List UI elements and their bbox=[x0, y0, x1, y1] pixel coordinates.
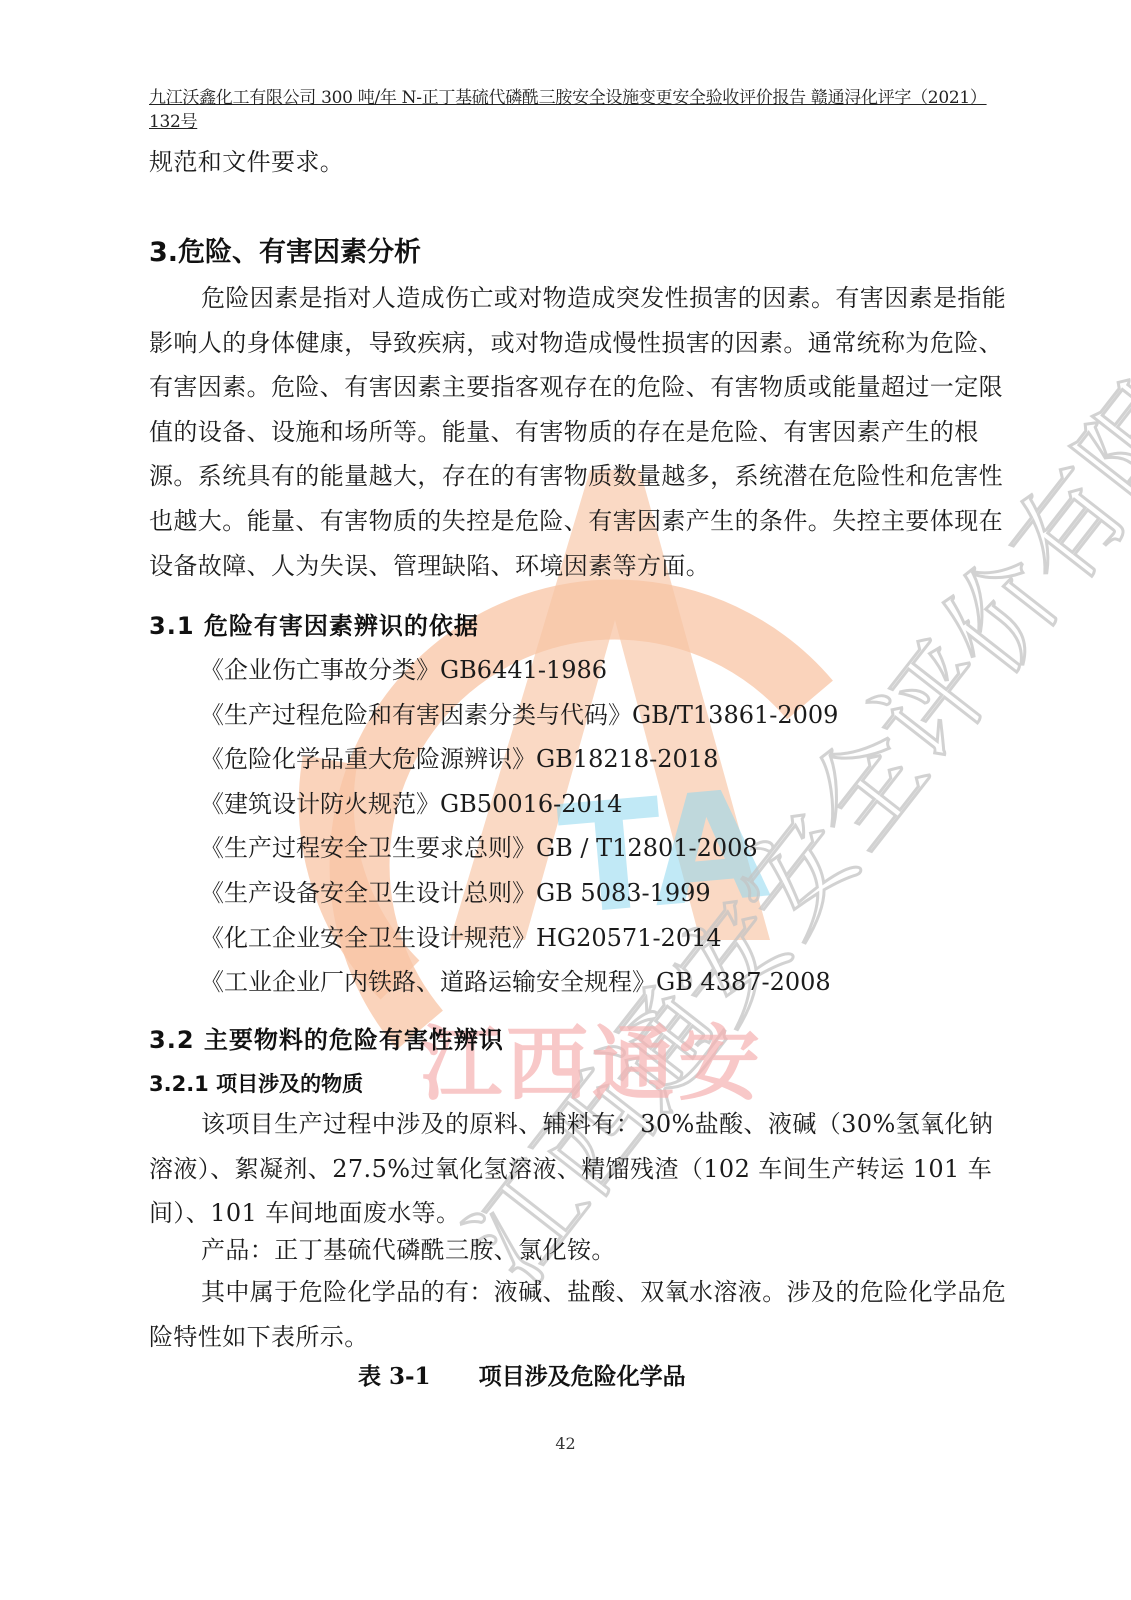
reference-item: 《工业企业厂内铁路、道路运输安全规程》GB 4387-2008 bbox=[200, 960, 838, 1005]
document-page: TA 江西通安安全评价有限公司 江西通安 九江沃鑫化工有限公司 300 吨/年 … bbox=[0, 0, 1131, 1600]
products-paragraph: 产品：正丁基硫代磷酰三胺、氯化铵。 bbox=[149, 1228, 1009, 1273]
reference-item: 《生产过程危险和有害因素分类与代码》GB/T13861-2009 bbox=[200, 693, 838, 738]
section-3-heading: 3.危险、有害因素分析 bbox=[149, 230, 421, 269]
reference-item: 《生产过程安全卫生要求总则》GB / T12801-2008 bbox=[200, 826, 838, 871]
reference-item: 《建筑设计防火规范》GB50016-2014 bbox=[200, 782, 838, 827]
section-3-2-heading: 3.2 主要物料的危险有害性辨识 bbox=[149, 1020, 504, 1055]
reference-item: 《危险化学品重大危险源辨识》GB18218-2018 bbox=[200, 737, 838, 782]
materials-paragraph: 该项目生产过程中涉及的原料、辅料有：30%盐酸、液碱（30%氢氧化钠溶液）、絮凝… bbox=[149, 1102, 1009, 1236]
page-number: 42 bbox=[0, 1434, 1131, 1453]
hazardous-chemicals-paragraph: 其中属于危险化学品的有：液碱、盐酸、双氧水溶液。涉及的危险化学品危险特性如下表所… bbox=[149, 1270, 1009, 1359]
carryover-paragraph: 规范和文件要求。 bbox=[149, 140, 1009, 185]
section-3-paragraph: 危险因素是指对人造成伤亡或对物造成突发性损害的因素。有害因素是指能影响人的身体健… bbox=[149, 276, 1009, 588]
reference-list: 《企业伤亡事故分类》GB6441-1986 《生产过程危险和有害因素分类与代码》… bbox=[200, 648, 838, 1005]
running-header: 九江沃鑫化工有限公司 300 吨/年 N-正丁基硫代磷酰三胺安全设施变更安全验收… bbox=[149, 86, 1009, 134]
section-3-1-heading: 3.1 危险有害因素辨识的依据 bbox=[149, 606, 479, 641]
reference-item: 《企业伤亡事故分类》GB6441-1986 bbox=[200, 648, 838, 693]
table-caption: 表 3-1 项目涉及危险化学品 bbox=[358, 1358, 686, 1391]
section-3-2-1-heading: 3.2.1 项目涉及的物质 bbox=[149, 1068, 363, 1098]
reference-item: 《生产设备安全卫生设计总则》GB 5083-1999 bbox=[200, 871, 838, 916]
table-number: 表 3-1 bbox=[358, 1363, 431, 1390]
reference-item: 《化工企业安全卫生设计规范》HG20571-2014 bbox=[200, 916, 838, 961]
table-title: 项目涉及危险化学品 bbox=[479, 1363, 686, 1390]
